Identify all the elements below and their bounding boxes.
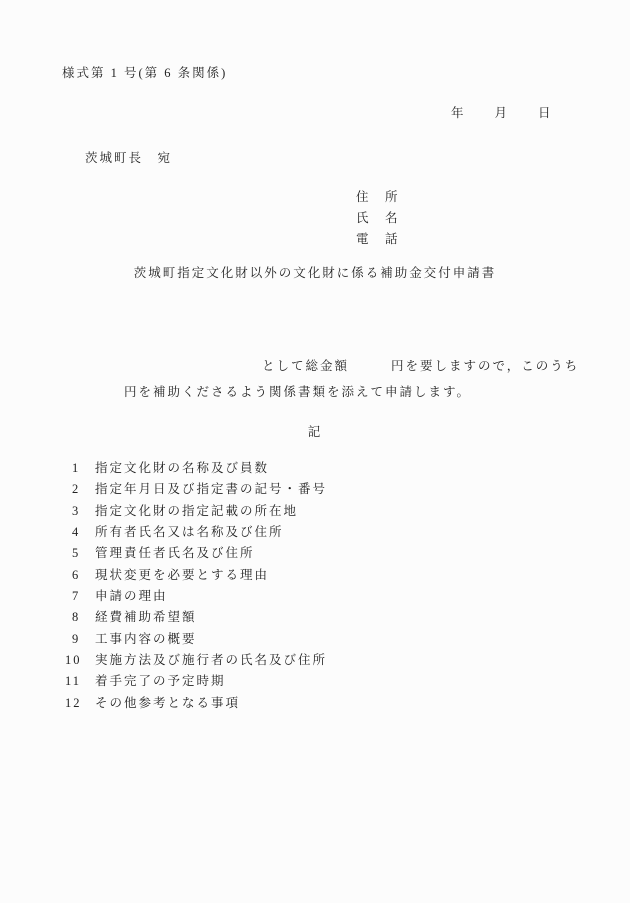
date-line: 年 月 日 bbox=[451, 106, 553, 120]
list-item: 5管理責任者氏名及び住所 bbox=[65, 543, 630, 564]
list-item-number: 2 bbox=[65, 479, 95, 500]
phone-label: 電 話 bbox=[356, 232, 400, 246]
list-item-number: 10 bbox=[65, 650, 95, 671]
numbered-list: 1指定文化財の名称及び員数2指定年月日及び指定書の記号・番号3指定文化財の指定記… bbox=[0, 458, 630, 714]
list-item-text: 指定文化財の指定記載の所在地 bbox=[95, 504, 298, 518]
list-item-number: 6 bbox=[65, 565, 95, 586]
list-item-text: 着手完了の予定時期 bbox=[95, 674, 226, 688]
list-item-text: 管理責任者氏名及び住所 bbox=[95, 546, 255, 560]
list-item-number: 5 bbox=[65, 543, 95, 564]
list-item-text: 所有者氏名又は名称及び住所 bbox=[95, 525, 284, 539]
list-item-number: 4 bbox=[65, 522, 95, 543]
list-item: 10実施方法及び施行者の氏名及び住所 bbox=[65, 650, 630, 671]
body-line1-tail: 円を要しますので，このうち bbox=[391, 359, 579, 373]
body-line-2: 円を補助くださるよう関係書類を添えて申請します。 bbox=[124, 385, 471, 399]
list-item-text: 実施方法及び施行者の氏名及び住所 bbox=[95, 653, 327, 667]
list-item: 11着手完了の予定時期 bbox=[65, 671, 630, 692]
address-label: 住 所 bbox=[356, 190, 400, 204]
body-line1-lead: として総金額 bbox=[262, 359, 349, 373]
addressee-line: 茨城町長 宛 bbox=[85, 151, 172, 165]
list-item-text: 工事内容の概要 bbox=[95, 632, 197, 646]
list-item-text: その他参考となる事項 bbox=[95, 696, 240, 710]
list-item-text: 申請の理由 bbox=[95, 589, 168, 603]
list-item-number: 1 bbox=[65, 458, 95, 479]
document-page: 様式第 1 号(第 6 条関係) 年 月 日 茨城町長 宛 住 所 氏 名 電 … bbox=[0, 0, 630, 903]
list-item: 7申請の理由 bbox=[65, 586, 630, 607]
list-item-number: 3 bbox=[65, 501, 95, 522]
list-item: 12その他参考となる事項 bbox=[65, 693, 630, 714]
list-item-number: 8 bbox=[65, 607, 95, 628]
list-item-number: 12 bbox=[65, 693, 95, 714]
list-item-text: 指定文化財の名称及び員数 bbox=[95, 461, 269, 475]
form-number-line: 様式第 1 号(第 6 条関係) bbox=[62, 66, 227, 80]
list-item: 1指定文化財の名称及び員数 bbox=[65, 458, 630, 479]
body-line-1: として総金額円を要しますので，このうち bbox=[262, 359, 579, 373]
list-item-text: 経費補助希望額 bbox=[95, 610, 197, 624]
list-item: 6現状変更を必要とする理由 bbox=[65, 565, 630, 586]
list-item-number: 9 bbox=[65, 629, 95, 650]
name-label: 氏 名 bbox=[356, 211, 400, 225]
list-item-number: 11 bbox=[65, 671, 95, 692]
list-item: 2指定年月日及び指定書の記号・番号 bbox=[65, 479, 630, 500]
list-item: 3指定文化財の指定記載の所在地 bbox=[65, 501, 630, 522]
list-item-number: 7 bbox=[65, 586, 95, 607]
list-item: 8経費補助希望額 bbox=[65, 607, 630, 628]
list-item: 9工事内容の概要 bbox=[65, 629, 630, 650]
list-heading: 記 bbox=[0, 425, 630, 439]
list-item-text: 指定年月日及び指定書の記号・番号 bbox=[95, 482, 327, 496]
document-title: 茨城町指定文化財以外の文化財に係る補助金交付申請書 bbox=[0, 266, 630, 280]
list-item: 4所有者氏名又は名称及び住所 bbox=[65, 522, 630, 543]
list-item-text: 現状変更を必要とする理由 bbox=[95, 568, 269, 582]
